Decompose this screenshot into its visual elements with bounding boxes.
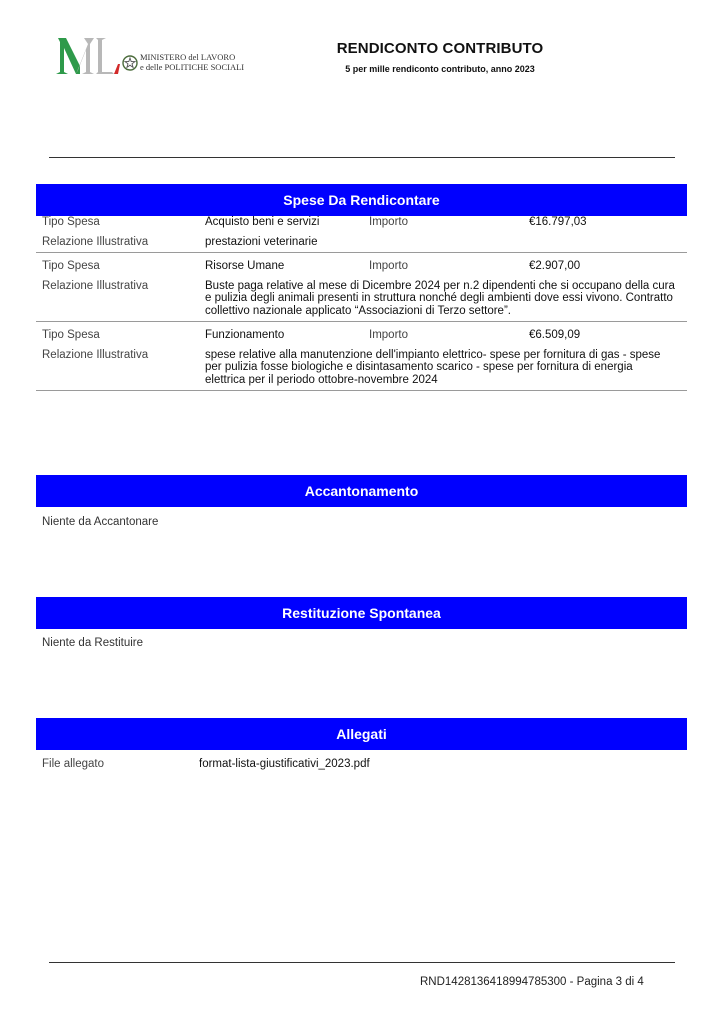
relazione-label: Relazione Illustrativa (36, 236, 205, 249)
expense-description-row: Relazione Illustrativa spese relative al… (36, 349, 687, 387)
relazione-value: prestazioni veterinarie (205, 236, 675, 249)
expense-type-row: Tipo Spesa Risorse Umane Importo €2.907,… (36, 260, 687, 273)
expense-type-row: Tipo Spesa Funzionamento Importo €6.509,… (36, 329, 687, 342)
section-header-spese: Spese Da Rendicontare (36, 184, 687, 216)
tipo-spesa-label: Tipo Spesa (36, 329, 205, 342)
importo-value: €2.907,00 (529, 260, 679, 273)
importo-value: €6.509,09 (529, 329, 679, 342)
importo-label: Importo (369, 216, 529, 229)
tipo-spesa-value: Acquisto beni e servizi (205, 216, 369, 229)
republic-emblem-icon (122, 55, 138, 71)
ministry-name-line2: e delle POLITICHE SOCIALI (140, 63, 244, 73)
footer-divider (49, 962, 675, 963)
section-header-allegati: Allegati (36, 718, 687, 750)
importo-value: €16.797,03 (529, 216, 679, 229)
accantonamento-text: Niente da Accantonare (42, 516, 158, 528)
page-footer: RND1428136418994785300 - Pagina 3 di 4 (420, 976, 644, 988)
expense-description-row: Relazione Illustrativa prestazioni veter… (36, 236, 687, 249)
section-header-restituzione: Restituzione Spontanea (36, 597, 687, 629)
ministry-logo: MINISTERO del LAVORO e delle POLITICHE S… (56, 36, 256, 78)
tipo-spesa-value: Risorse Umane (205, 260, 369, 273)
expense-item: Tipo Spesa Acquisto beni e servizi Impor… (36, 216, 687, 253)
expense-table: Tipo Spesa Acquisto beni e servizi Impor… (36, 216, 687, 398)
relazione-value: Buste paga relative al mese di Dicembre … (205, 280, 675, 318)
relazione-label: Relazione Illustrativa (36, 280, 205, 318)
importo-label: Importo (369, 329, 529, 342)
attachment-row: File allegato format-lista-giustificativ… (42, 758, 370, 770)
ministry-name: MINISTERO del LAVORO e delle POLITICHE S… (140, 53, 244, 72)
tipo-spesa-value: Funzionamento (205, 329, 369, 342)
section-header-accantonamento: Accantonamento (36, 475, 687, 507)
relazione-label: Relazione Illustrativa (36, 349, 205, 387)
expense-description-row: Relazione Illustrativa Buste paga relati… (36, 280, 687, 318)
document-subtitle: 5 per mille rendiconto contributo, anno … (300, 64, 580, 74)
file-allegato-label: File allegato (42, 758, 199, 770)
expense-type-row: Tipo Spesa Acquisto beni e servizi Impor… (36, 216, 687, 229)
relazione-value: spese relative alla manutenzione dell'im… (205, 349, 675, 387)
attachment-file-name[interactable]: format-lista-giustificativi_2023.pdf (199, 758, 370, 770)
header-divider (49, 157, 675, 158)
tipo-spesa-label: Tipo Spesa (36, 260, 205, 273)
expense-item: Tipo Spesa Risorse Umane Importo €2.907,… (36, 260, 687, 322)
tipo-spesa-label: Tipo Spesa (36, 216, 205, 229)
restituzione-text: Niente da Restituire (42, 637, 143, 649)
document-title: RENDICONTO CONTRIBUTO (300, 40, 580, 57)
expense-item: Tipo Spesa Funzionamento Importo €6.509,… (36, 329, 687, 391)
importo-label: Importo (369, 260, 529, 273)
ml-logo-icon (56, 36, 126, 76)
